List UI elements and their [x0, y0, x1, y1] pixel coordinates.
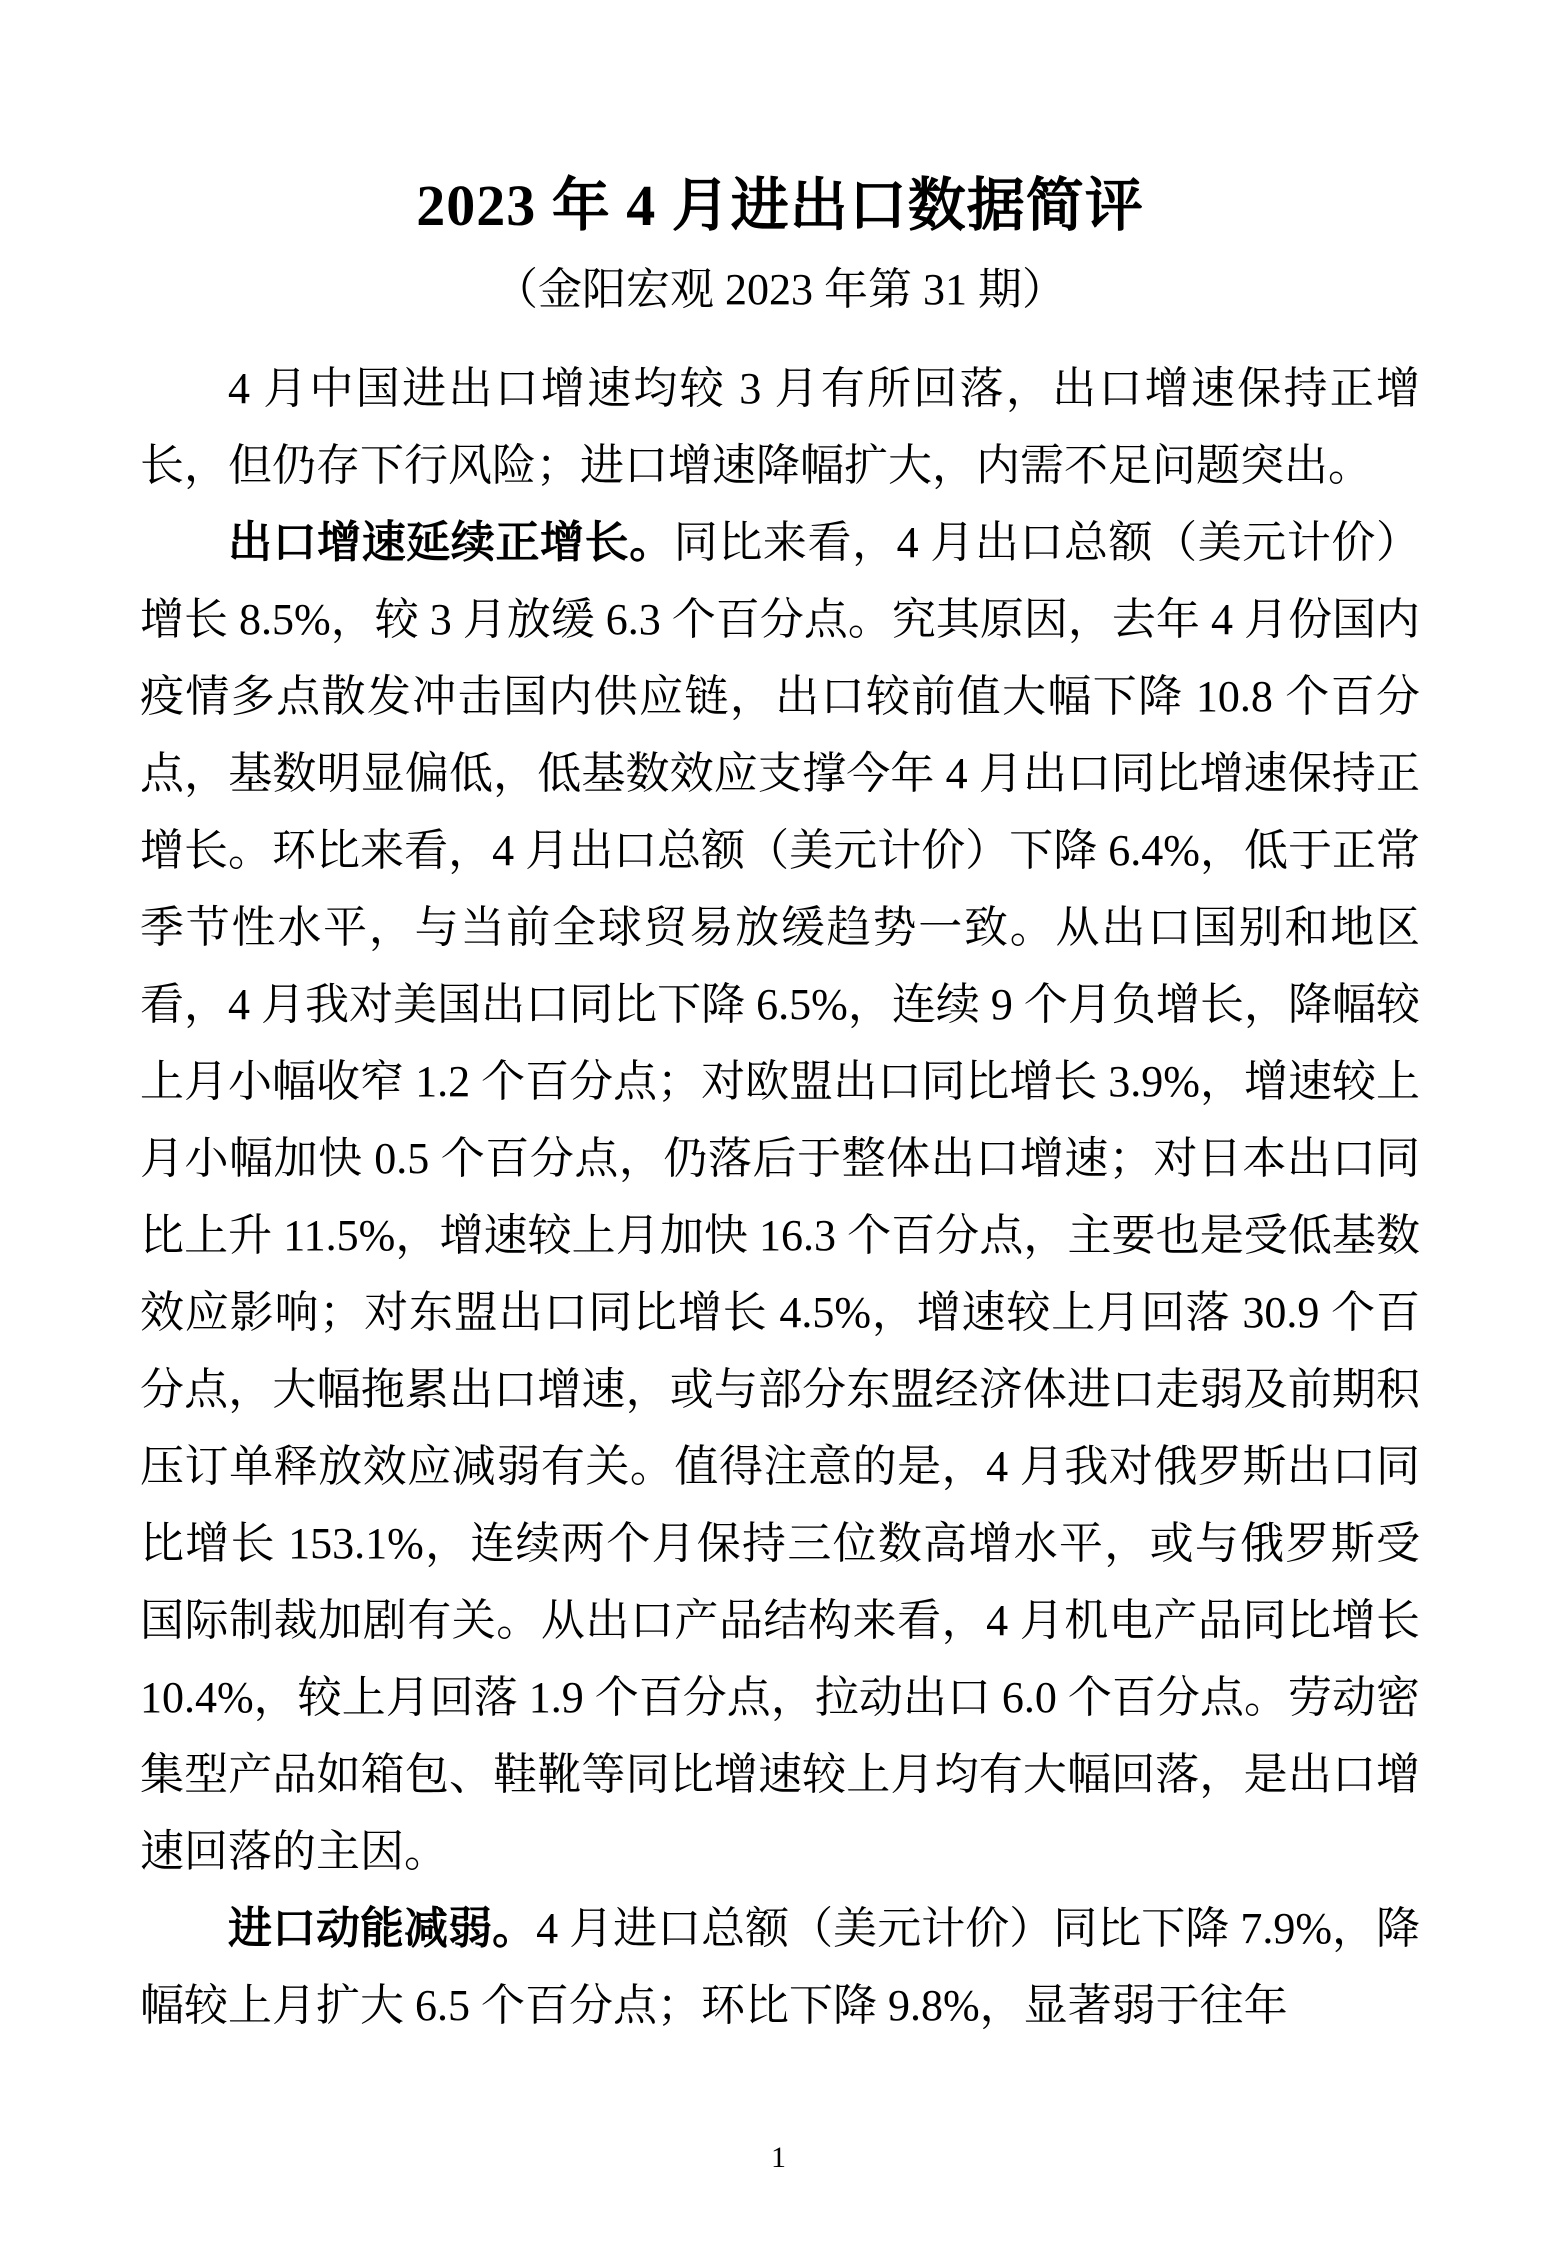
paragraph-imports-lead: 进口动能减弱。 [228, 1904, 536, 1953]
document-subtitle: （金阳宏观 2023 年第 31 期） [140, 260, 1420, 320]
page-number: 1 [0, 2140, 1557, 2176]
paragraph-intro: 4 月中国进出口增速均较 3 月有所回落，出口增速保持正增长，但仍存下行风险；进… [140, 350, 1420, 504]
paragraph-exports-lead: 出口增速延续正增长。 [228, 518, 674, 567]
paragraph-imports: 进口动能减弱。4 月进口总额（美元计价）同比下降 7.9%，降幅较上月扩大 6.… [140, 1890, 1420, 2044]
document-content: 2023 年 4 月进出口数据简评 （金阳宏观 2023 年第 31 期） 4 … [0, 0, 1557, 2044]
document-page: 2023 年 4 月进出口数据简评 （金阳宏观 2023 年第 31 期） 4 … [0, 0, 1557, 2258]
paragraph-exports: 出口增速延续正增长。同比来看，4 月出口总额（美元计价）增长 8.5%，较 3 … [140, 504, 1420, 1890]
document-title: 2023 年 4 月进出口数据简评 [140, 0, 1420, 244]
paragraph-intro-text: 4 月中国进出口增速均较 3 月有所回落，出口增速保持正增长，但仍存下行风险；进… [140, 364, 1420, 490]
document-body: 4 月中国进出口增速均较 3 月有所回落，出口增速保持正增长，但仍存下行风险；进… [140, 350, 1420, 2044]
paragraph-exports-text: 同比来看，4 月出口总额（美元计价）增长 8.5%，较 3 月放缓 6.3 个百… [140, 518, 1420, 1876]
